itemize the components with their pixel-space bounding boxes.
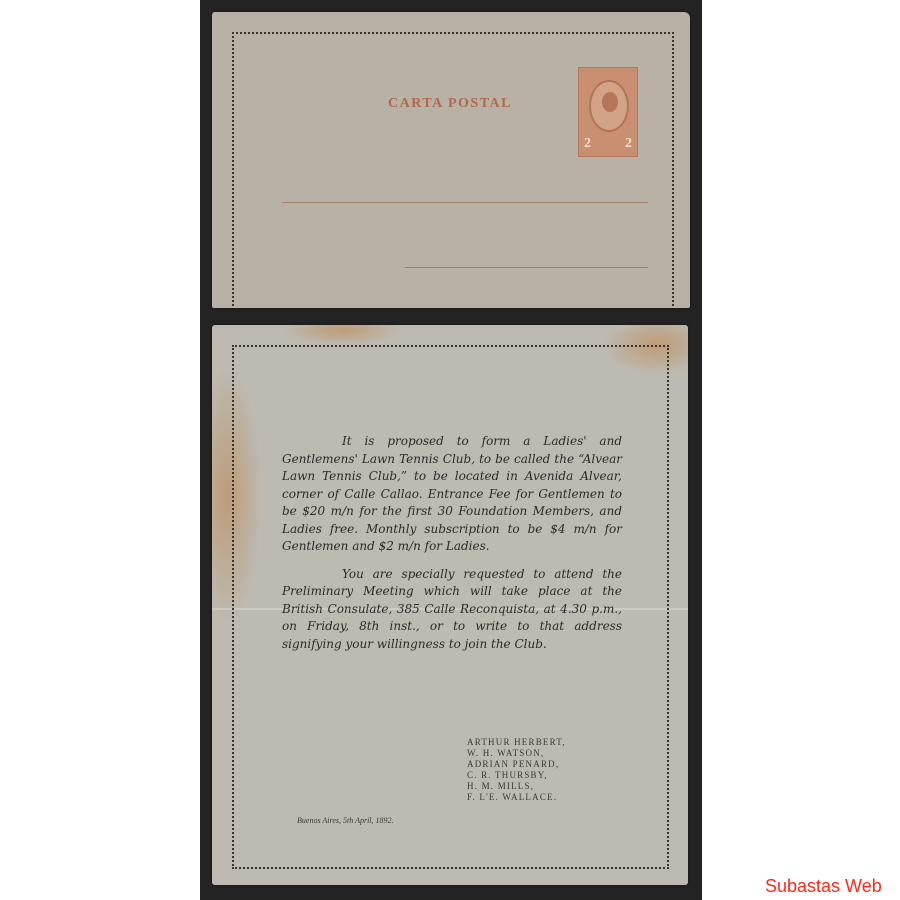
signer: ARTHUR HERBERT, xyxy=(467,737,566,748)
postal-card-inside: It is proposed to form a Ladies' and Gen… xyxy=(212,325,688,885)
letter-paragraph: It is proposed to form a Ladies' and Gen… xyxy=(282,433,622,556)
stamp-value-right: 2 xyxy=(625,136,632,152)
signer: ADRIAN PENARD, xyxy=(467,759,566,770)
age-stain xyxy=(282,325,402,345)
signatories-list: ARTHUR HERBERT, W. H. WATSON, ADRIAN PEN… xyxy=(467,737,566,803)
stamp-value-left: 2 xyxy=(584,136,591,152)
dateline: Buenos Aires, 5th April, 1892. xyxy=(297,816,394,825)
postal-card-front: CARTA POSTAL 2 2 xyxy=(212,12,690,308)
signer: W. H. WATSON, xyxy=(467,748,566,759)
letter-body: It is proposed to form a Ladies' and Gen… xyxy=(282,433,622,663)
address-line-2 xyxy=(405,267,648,268)
signer: H. M. MILLS, xyxy=(467,781,566,792)
signer: C. R. THURSBY, xyxy=(467,770,566,781)
card-title: CARTA POSTAL xyxy=(388,96,512,112)
signer: F. L'E. WALLACE. xyxy=(467,792,566,803)
address-line-1 xyxy=(282,202,648,203)
postage-stamp: 2 2 xyxy=(578,67,638,157)
stamp-portrait-icon xyxy=(589,80,629,132)
letter-paragraph: You are specially requested to attend th… xyxy=(282,566,622,654)
watermark-text: Subastas Web xyxy=(765,876,882,897)
portrait-head-icon xyxy=(602,92,618,112)
